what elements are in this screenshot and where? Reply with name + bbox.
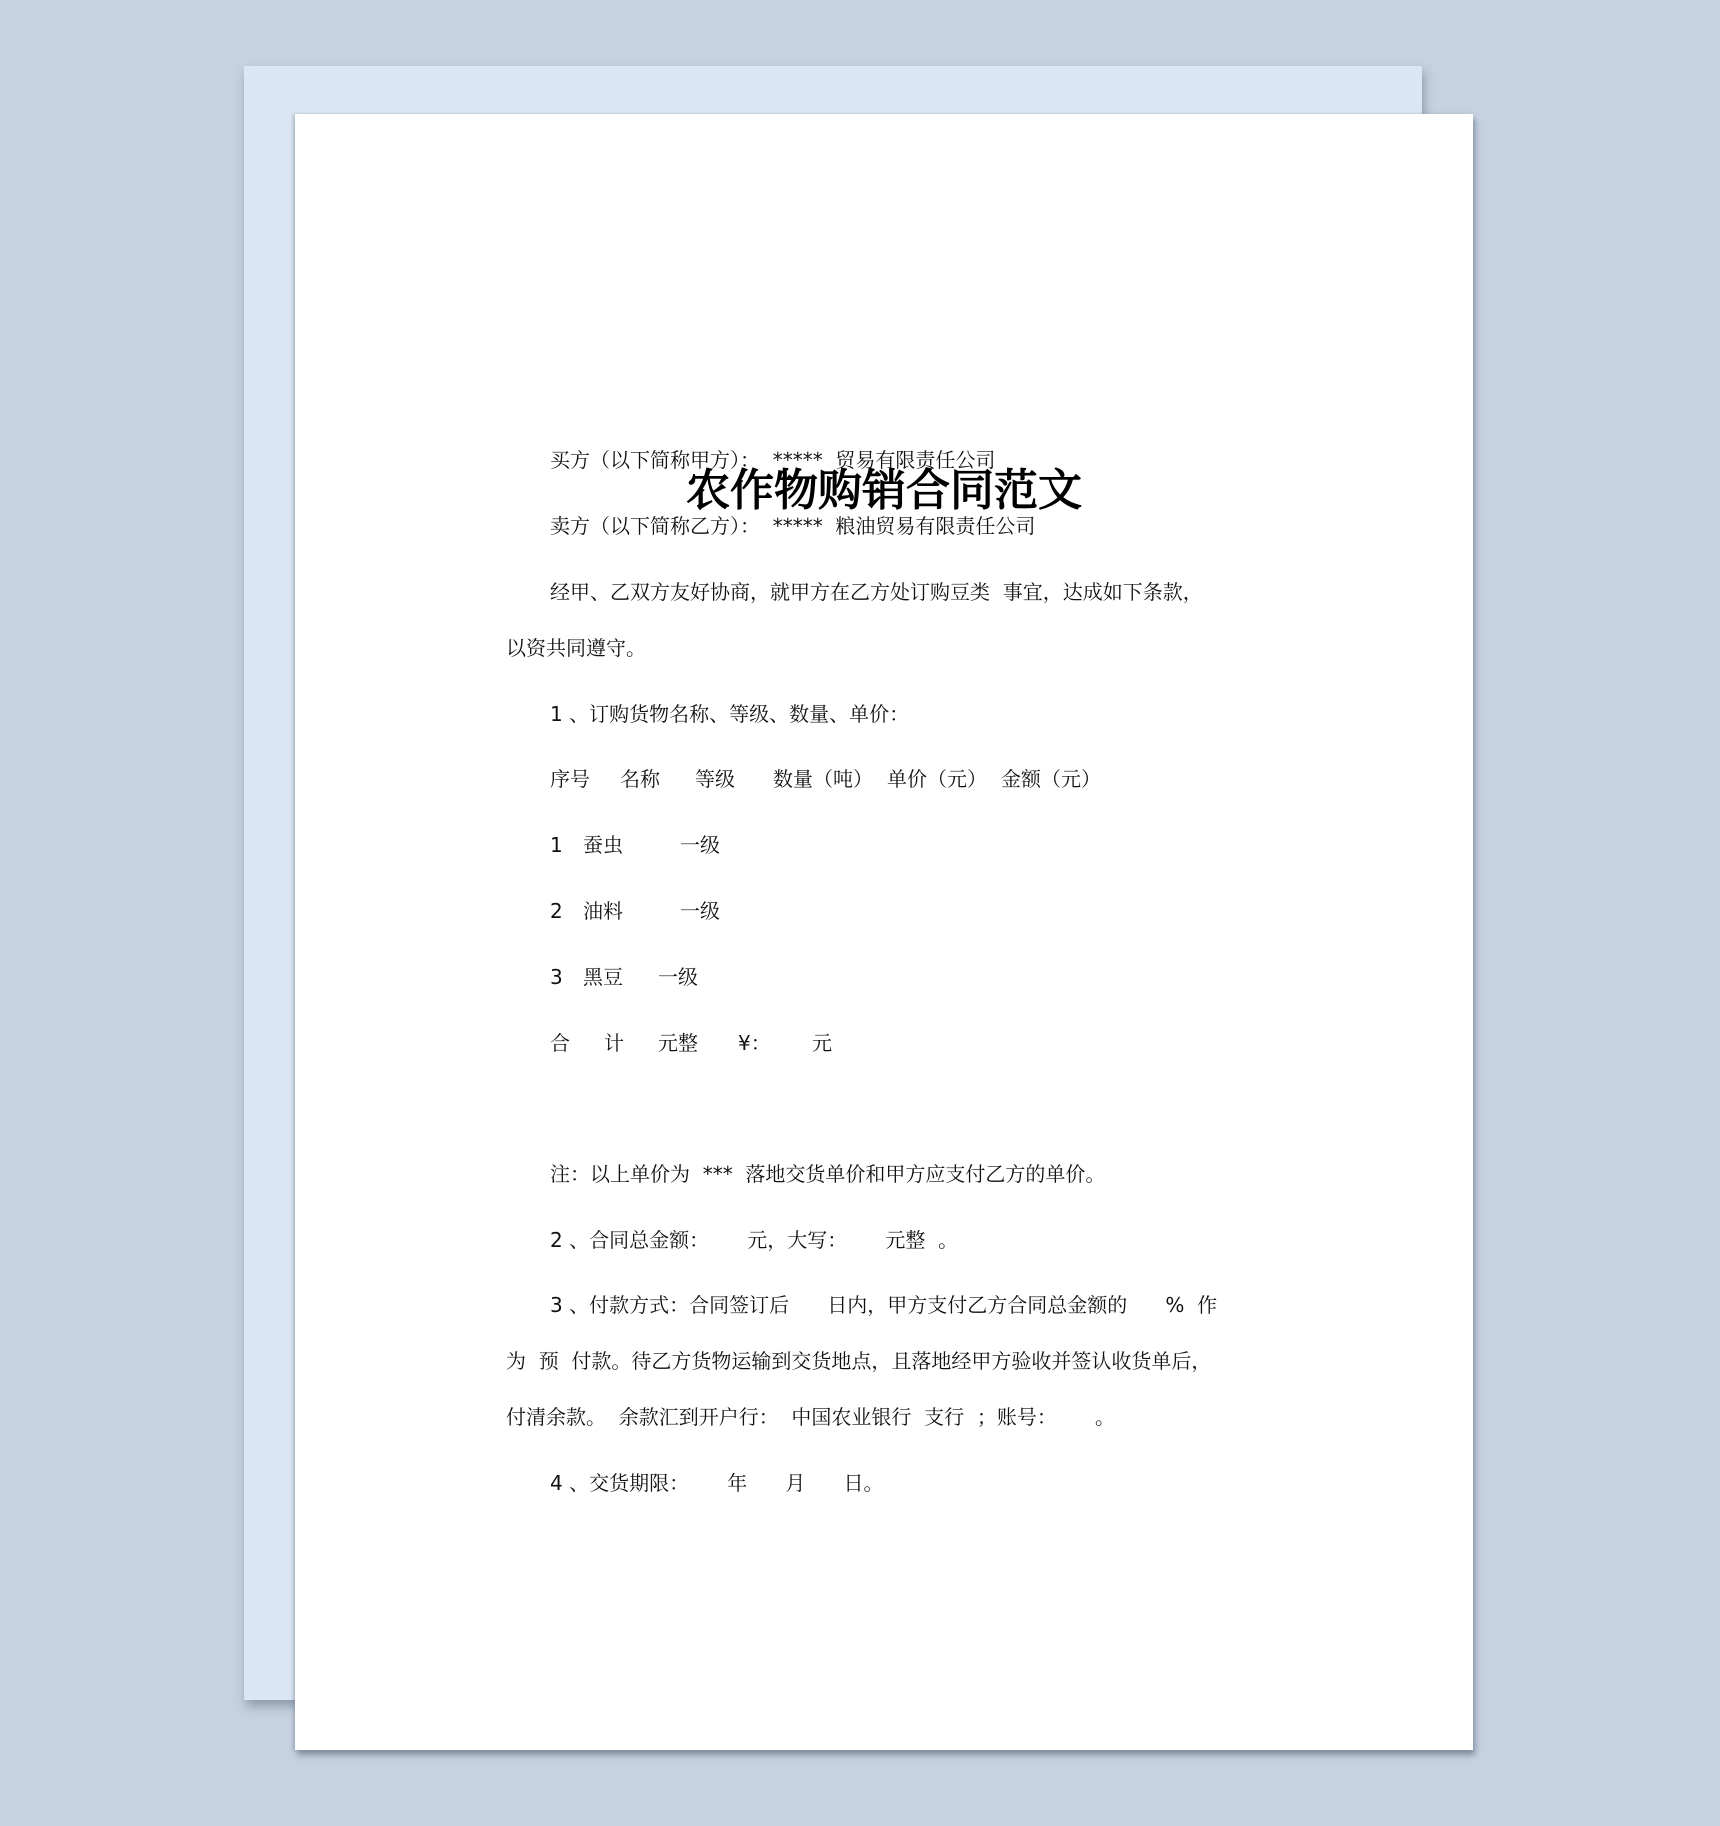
row-no: 3 xyxy=(550,965,563,989)
clause-3-line-3: 付清余款。 余款汇到开户行： 中国农业银行 支行 ；账号： 。 xyxy=(506,1405,1115,1429)
clause-1: 1 、订购货物名称、等级、数量、单价： xyxy=(550,702,909,726)
header-amount: 金额（元） xyxy=(1001,767,1101,791)
row-grade: 一级 xyxy=(658,965,698,989)
price-note: 注：以上单价为 *** 落地交货单价和甲方应支付乙方的单价。 xyxy=(550,1162,1105,1186)
header-unit-price: 单价（元） xyxy=(887,767,987,791)
header-quantity: 数量（吨） xyxy=(773,767,873,791)
intro-line-2: 以资共同遵守。 xyxy=(506,636,646,660)
total-label-2: 计 xyxy=(604,1031,624,1055)
clause-2: 2 、合同总金额： 元，大写： 元整 。 xyxy=(550,1228,958,1252)
buyer-line: 买方（以下简称甲方）： ***** 贸易有限责任公司 xyxy=(550,448,995,472)
clause-3-line-1: 3 、付款方式：合同签订后 日内，甲方支付乙方合同总金额的 % 作 xyxy=(550,1293,1217,1317)
total-label-1: 合 xyxy=(550,1031,570,1055)
row-name: 黑豆 xyxy=(583,965,623,989)
row-name: 油料 xyxy=(583,899,623,923)
total-yen: ¥： xyxy=(738,1031,771,1055)
header-no: 序号 xyxy=(550,767,590,791)
row-grade: 一级 xyxy=(680,899,720,923)
total-yuan: 元 xyxy=(812,1031,832,1055)
intro-line-1: 经甲、乙双方友好协商，就甲方在乙方处订购豆类 事宜，达成如下条款， xyxy=(550,580,1203,604)
clause-4: 4 、交货期限： 年 月 日。 xyxy=(550,1471,884,1495)
row-no: 1 xyxy=(550,833,563,857)
seller-line: 卖方（以下简称乙方）： ***** 粮油贸易有限责任公司 xyxy=(550,514,1035,538)
document-page: 农作物购销合同范文 买方（以下简称甲方）： ***** 贸易有限责任公司 卖方（… xyxy=(295,114,1473,1750)
clause-3-line-2: 为 预 付款。待乙方货物运输到交货地点，且落地经甲方验收并签认收货单后， xyxy=(506,1349,1211,1373)
total-yuan-zheng: 元整 xyxy=(658,1031,698,1055)
row-name: 蚕虫 xyxy=(583,833,623,857)
header-name: 名称 xyxy=(620,767,660,791)
row-no: 2 xyxy=(550,899,563,923)
row-grade: 一级 xyxy=(680,833,720,857)
header-grade: 等级 xyxy=(695,767,735,791)
